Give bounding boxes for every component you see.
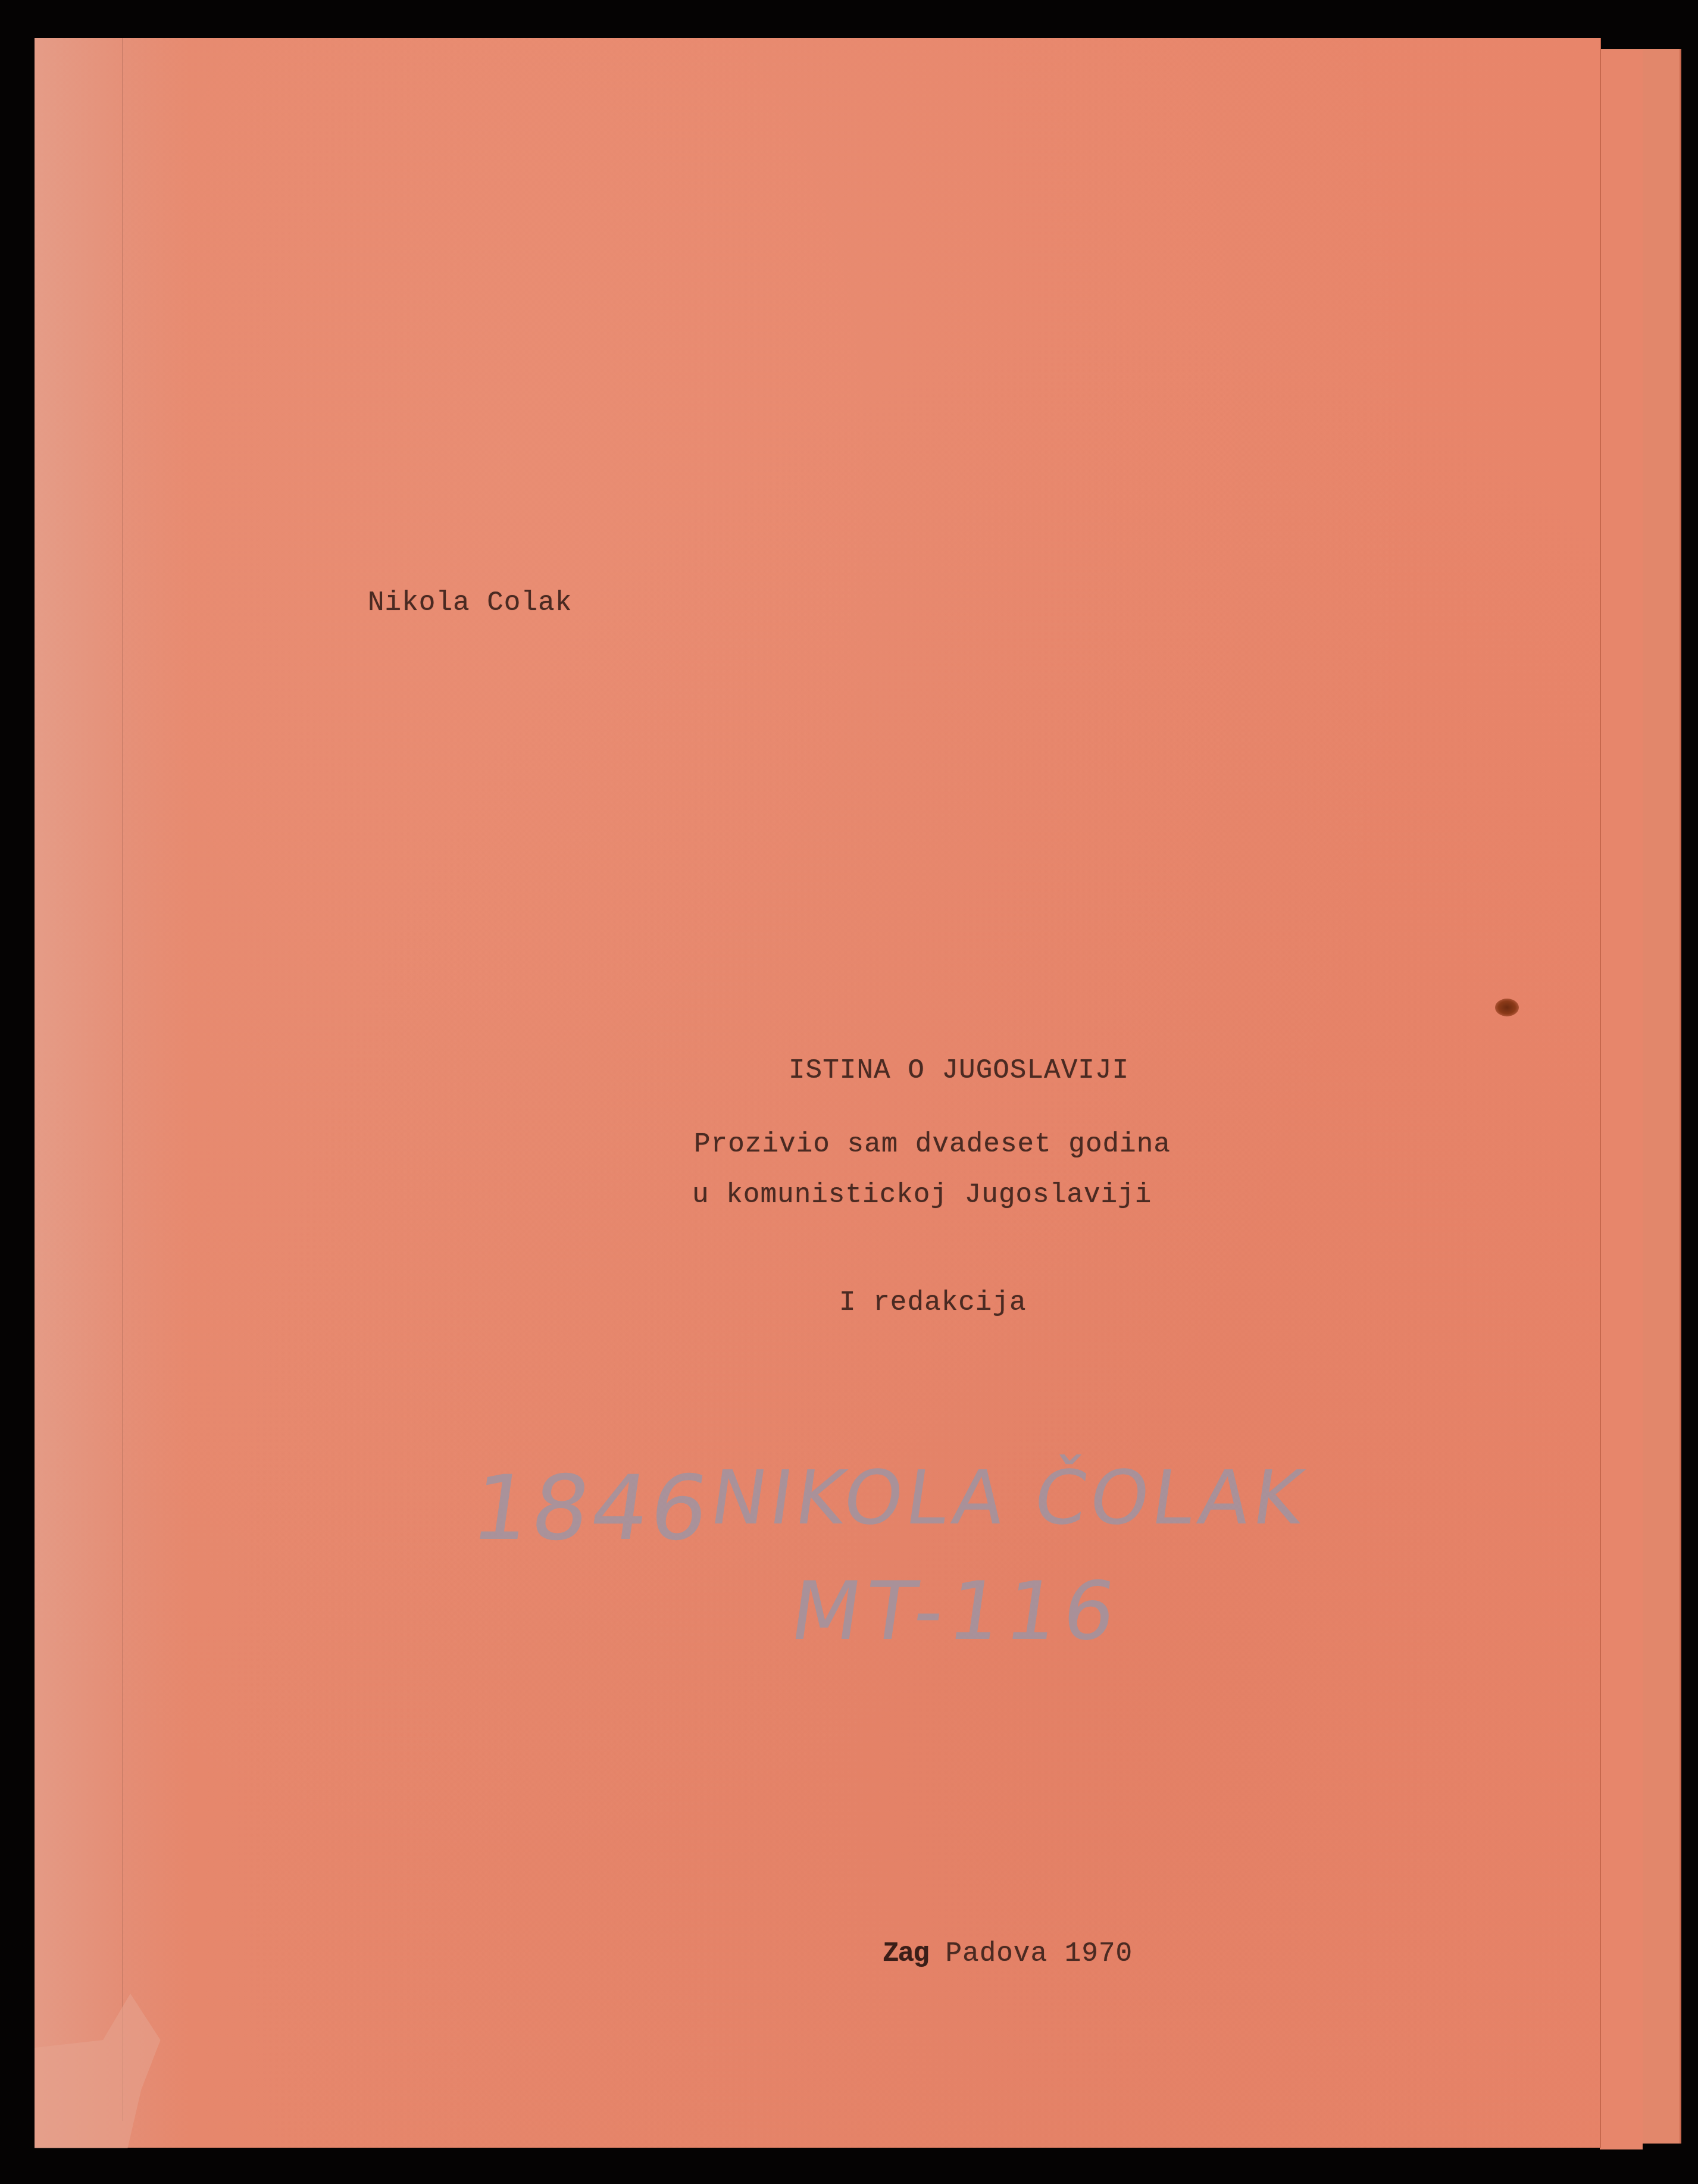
cover-edge [1600,50,1643,2149]
stain-spot [1495,999,1519,1016]
document-title: ISTINA O JUGOSLAVIJI [789,1057,1129,1084]
subtitle-line-1: Prozivio sam dvadeset godina [694,1131,1171,1158]
spine-fold-line [122,38,123,2121]
place-year: Padova 1970 [945,1938,1133,1969]
manuscript-cover [35,38,1600,2148]
edition-label: I redakcija [839,1289,1027,1316]
pencil-catalog-number: 1846 [467,1464,716,1553]
author-name: Nikola Colak [368,589,572,617]
struck-out-text: Zag [883,1938,928,1969]
pencil-shelf-code: MT-116 [786,1571,1127,1651]
imprint: Zag Padova 1970 [883,1940,1133,1967]
subtitle-line-2: u komunistickoj Jugoslaviji [692,1181,1152,1209]
pencil-author-name: NIKOLA ČOLAK [706,1461,1311,1535]
